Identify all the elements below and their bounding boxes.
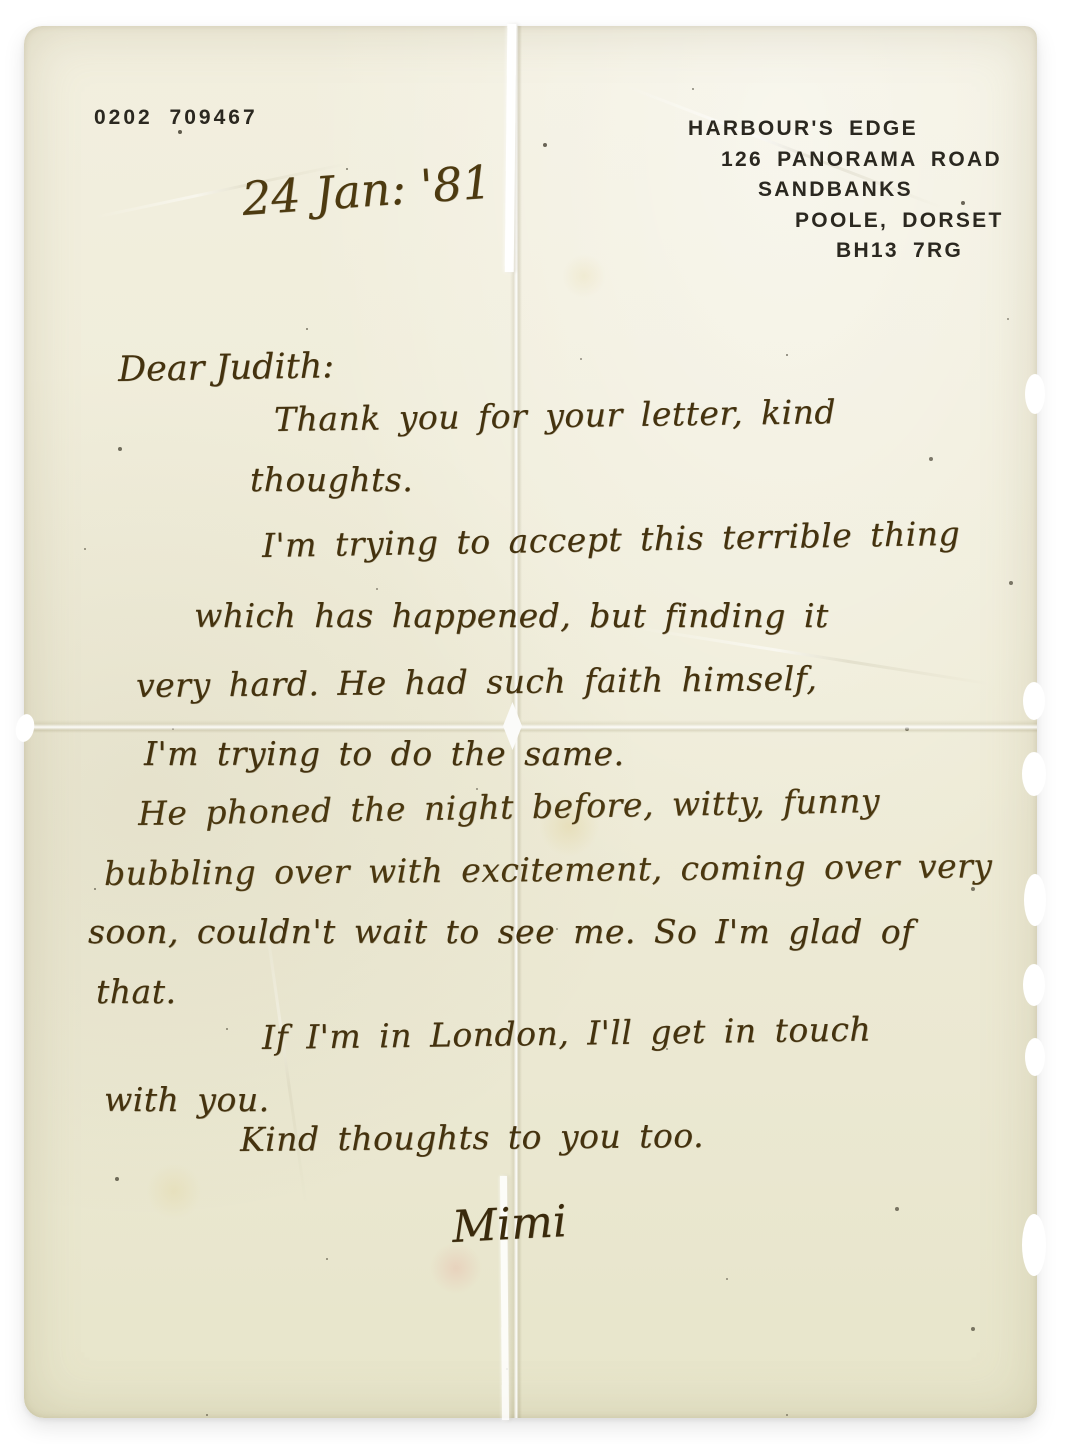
letterhead-phone-number: 0202 709467 (94, 106, 258, 130)
body-line-4: which has happened, but finding it (194, 596, 829, 635)
letterhead-town-county: POOLE, DORSET (795, 206, 1004, 237)
letterhead-name: HARBOUR'S EDGE (688, 114, 1004, 145)
body-line-7: He phoned the night before, witty, funny (138, 781, 881, 833)
body-line-1: Thank you for your letter, kind (274, 392, 836, 439)
body-line-5: very hard. He had such faith himself, (136, 659, 818, 705)
letterhead-street: 126 PANORAMA ROAD (721, 145, 1004, 176)
body-line-11: If I'm in London, I'll get in touch (262, 1009, 872, 1057)
salutation: Dear Judith: (118, 346, 335, 390)
torn-edge-notch (1022, 752, 1046, 796)
torn-edge-notch (13, 712, 36, 743)
body-line-13: Kind thoughts to you too. (240, 1116, 704, 1159)
horizontal-fold-crease (24, 720, 1037, 733)
body-line-12: with you. (104, 1080, 270, 1119)
body-line-8: bubbling over with excitement, coming ov… (104, 846, 993, 893)
body-line-10: that. (96, 972, 176, 1011)
torn-edge-notch (1025, 1038, 1045, 1076)
letterhead-locality: SANDBANKS (758, 175, 1004, 206)
torn-edge-notch (1022, 1214, 1046, 1276)
torn-edge-notch (1024, 874, 1046, 926)
letter-paper: 0202 709467 HARBOUR'S EDGE 126 PANORAMA … (24, 26, 1037, 1418)
torn-edge-notch (1023, 964, 1045, 1006)
body-line-9: soon, couldn't wait to see me. So I'm gl… (88, 912, 914, 951)
body-line-6: I'm trying to do the same. (144, 734, 625, 773)
letterhead-address: HARBOUR'S EDGE 126 PANORAMA ROAD SANDBAN… (688, 114, 1004, 267)
body-line-2: thoughts. (250, 460, 413, 499)
body-line-3: I'm trying to accept this terrible thing (262, 514, 961, 565)
signature: Mimi (451, 1196, 568, 1253)
paper-specks (24, 26, 26, 28)
handwritten-date: 24 Jan: '81 (240, 155, 493, 226)
letterhead-postcode: BH13 7RG (836, 236, 1004, 267)
torn-edge-notch (1025, 374, 1045, 414)
torn-edge-notch (1023, 682, 1045, 720)
